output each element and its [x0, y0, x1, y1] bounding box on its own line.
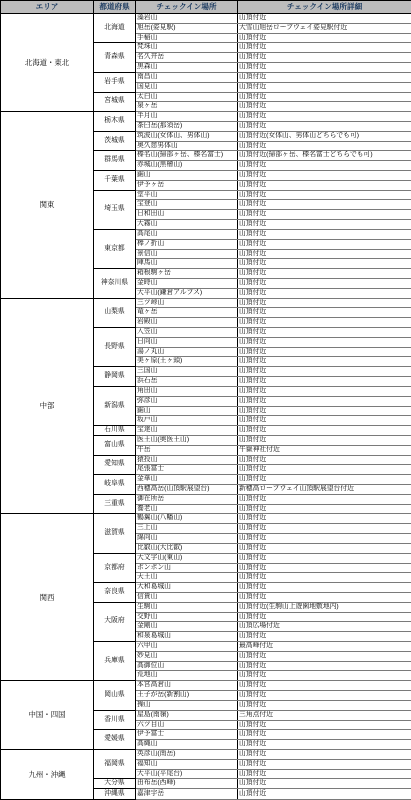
- prefecture-cell: 岡山県: [94, 681, 136, 710]
- place-cell: 陣馬山: [136, 259, 238, 269]
- place-cell: 伊予富士: [136, 730, 238, 740]
- detail-cell: 山頂付近: [238, 534, 411, 544]
- prefecture-cell: 兵庫県: [94, 642, 136, 681]
- place-cell: ポンポン山: [136, 563, 238, 573]
- place-cell: 黒森山: [136, 63, 238, 73]
- detail-cell: 山頂付近: [238, 318, 411, 328]
- detail-cell: 山頂付近: [238, 769, 411, 779]
- place-cell: 鋸山: [136, 171, 238, 181]
- table-row: 中国・四国岡山県本宮高倉山山頂付近: [1, 681, 411, 691]
- detail-cell: 山頂付近: [238, 259, 411, 269]
- place-cell: 交野山: [136, 612, 238, 622]
- place-cell: 鶴翼山(八幡山): [136, 514, 238, 524]
- detail-cell: 山頂付近: [238, 504, 411, 514]
- place-cell: 堂平山: [136, 190, 238, 200]
- prefecture-cell: 新潟県: [94, 386, 136, 425]
- prefecture-cell: 石川県: [94, 426, 136, 436]
- detail-cell: 山頂付近: [238, 269, 411, 279]
- detail-cell: 山頂付近: [238, 700, 411, 710]
- detail-cell: 山頂付近: [238, 72, 411, 82]
- detail-cell: 山頂付近: [238, 396, 411, 406]
- place-cell: 御在所岳: [136, 494, 238, 504]
- place-cell: 南昌山: [136, 72, 238, 82]
- detail-cell: 山頂付近: [238, 180, 411, 190]
- detail-cell: 山頂付近: [238, 435, 411, 445]
- area-cell: 関東: [1, 112, 94, 298]
- prefecture-cell: 岩手県: [94, 72, 136, 92]
- detail-cell: 大雪山旭岳ロープウェイ姿見駅付近: [238, 23, 411, 33]
- detail-cell: 山頂付近: [238, 141, 411, 151]
- detail-cell: 山頂付近: [238, 661, 411, 671]
- detail-cell: 山頂付近: [238, 671, 411, 681]
- place-cell: 榛名山(掃部ヶ岳、榛名富士): [136, 151, 238, 161]
- detail-cell: 山頂付近: [238, 367, 411, 377]
- detail-cell: 新穂高ロープウェイ山頂駅展望台付近: [238, 485, 411, 495]
- place-cell: 日向山: [136, 337, 238, 347]
- place-cell: 箱根駒ヶ岳: [136, 269, 238, 279]
- prefecture-cell: 大分県: [94, 779, 136, 789]
- place-cell: 荒地山: [136, 671, 238, 681]
- place-cell: 竜ヶ岳: [136, 308, 238, 318]
- place-cell: 綿向山: [136, 534, 238, 544]
- prefecture-cell: 岐阜県: [94, 475, 136, 495]
- detail-cell: 山頂付近: [238, 239, 411, 249]
- detail-cell: 山頂付近: [238, 288, 411, 298]
- detail-cell: 山頂付近: [238, 563, 411, 573]
- place-cell: 棒ノ折山: [136, 239, 238, 249]
- place-cell: 西穂高岳(山頂駅展望台): [136, 485, 238, 495]
- table-row: 関西滋賀県鶴翼山(八幡山)山頂付近: [1, 514, 411, 524]
- prefecture-cell: 群馬県: [94, 151, 136, 171]
- place-cell: 福知山: [136, 759, 238, 769]
- prefecture-cell: 愛媛県: [94, 730, 136, 750]
- area-cell: 北海道・東北: [1, 14, 94, 112]
- detail-cell: 山頂付近: [238, 612, 411, 622]
- detail-cell: 山頂付近: [238, 779, 411, 789]
- place-cell: 泉ヶ岳: [136, 102, 238, 112]
- area-cell: 中部: [1, 298, 94, 514]
- detail-cell: 山頂付近: [238, 426, 411, 436]
- place-cell: 妙見山: [136, 651, 238, 661]
- prefecture-cell: 沖縄県: [94, 789, 136, 800]
- detail-cell: 山頂付近(掃部ヶ岳、榛名富士どちらでも可): [238, 151, 411, 161]
- place-cell: 鋸山: [136, 406, 238, 416]
- detail-cell: 三角点付近: [238, 710, 411, 720]
- detail-cell: 山頂付近: [238, 475, 411, 485]
- place-cell: 英彦山(南岳): [136, 749, 238, 759]
- detail-cell: 山頂付近: [238, 298, 411, 308]
- place-cell: 三上山: [136, 524, 238, 534]
- detail-cell: 山頂付近: [238, 308, 411, 318]
- place-cell: 手稲山: [136, 33, 238, 43]
- header-checkin-place: チェックイン場所: [136, 1, 238, 14]
- prefecture-cell: 宮城県: [94, 92, 136, 112]
- prefecture-cell: 東京都: [94, 229, 136, 268]
- place-cell: 養老山: [136, 504, 238, 514]
- detail-cell: 山頂付近: [238, 14, 411, 24]
- detail-cell: 山頂広場付近: [238, 622, 411, 632]
- detail-cell: 山頂付近: [238, 53, 411, 63]
- detail-cell: 山頂付近: [238, 328, 411, 338]
- detail-cell: 山頂付近: [238, 573, 411, 583]
- place-cell: 比叡山(大比叡): [136, 543, 238, 553]
- place-cell: 嘉津宇岳: [136, 789, 238, 800]
- detail-cell: 山頂付近: [238, 92, 411, 102]
- place-cell: 弥彦山: [136, 396, 238, 406]
- place-cell: 由布岳(西峰): [136, 779, 238, 789]
- table-body: 北海道・東北北海道藻岩山山頂付近旭岳(姿見駅)大雪山旭岳ロープウェイ姿見駅付近手…: [1, 14, 411, 800]
- detail-cell: 山頂付近: [238, 190, 411, 200]
- place-cell: 浜石岳: [136, 377, 238, 387]
- detail-cell: 山頂付近: [238, 43, 411, 53]
- detail-cell: 山頂付近: [238, 337, 411, 347]
- place-cell: 坂戸山: [136, 416, 238, 426]
- detail-cell: 山頂付近: [238, 377, 411, 387]
- detail-cell: 山頂付近: [238, 406, 411, 416]
- detail-cell: 山頂付近: [238, 455, 411, 465]
- prefecture-cell: 埼玉県: [94, 190, 136, 229]
- place-cell: 奥久慈男体山: [136, 141, 238, 151]
- prefecture-cell: 大阪府: [94, 602, 136, 641]
- detail-cell: 山頂付近: [238, 220, 411, 230]
- area-cell: 九州・沖縄: [1, 749, 94, 799]
- table-row: 中部山梨県三ツ峠山山頂付近: [1, 298, 411, 308]
- detail-cell: 山頂付近: [238, 171, 411, 181]
- place-cell: 入笠山: [136, 328, 238, 338]
- place-cell: 赤城山(黒檜山): [136, 161, 238, 171]
- place-cell: 操山: [136, 700, 238, 710]
- detail-cell: 山頂付近: [238, 200, 411, 210]
- place-cell: 岩殿山: [136, 318, 238, 328]
- place-cell: 大平山(鎌倉アルプス): [136, 288, 238, 298]
- place-cell: 生駒山: [136, 602, 238, 612]
- prefecture-cell: 福岡県: [94, 749, 136, 778]
- place-cell: 金時山: [136, 278, 238, 288]
- detail-cell: 山頂付近: [238, 759, 411, 769]
- place-cell: 金華山: [136, 475, 238, 485]
- detail-cell: 山頂付近: [238, 524, 411, 534]
- detail-cell: 山頂付近: [238, 592, 411, 602]
- prefecture-cell: 愛知県: [94, 455, 136, 475]
- table-row: 関東栃木県半月山山頂付近: [1, 112, 411, 122]
- place-cell: 牛岳: [136, 445, 238, 455]
- detail-cell: 山頂付近: [238, 112, 411, 122]
- header-prefecture: 都道府県: [94, 1, 136, 14]
- prefecture-cell: 青森県: [94, 43, 136, 72]
- prefecture-cell: 長野県: [94, 328, 136, 367]
- place-cell: 三ツ峠山: [136, 298, 238, 308]
- header-checkin-place-detail: チェックイン場所詳細: [238, 1, 411, 14]
- place-cell: 大文字山(東山): [136, 553, 238, 563]
- detail-cell: 山頂付近: [238, 494, 411, 504]
- place-cell: 太白山: [136, 92, 238, 102]
- detail-cell: 山頂付近: [238, 749, 411, 759]
- place-cell: 景信山: [136, 249, 238, 259]
- place-cell: 屋島(南嶺): [136, 710, 238, 720]
- table-row: 北海道・東北北海道藻岩山山頂付近: [1, 14, 411, 24]
- place-cell: 半月山: [136, 112, 238, 122]
- place-cell: 医王山(奥医王山): [136, 435, 238, 445]
- place-cell: 美ヶ原(王ヶ頭): [136, 357, 238, 367]
- detail-cell: 山頂付近: [238, 357, 411, 367]
- prefecture-cell: 茨城県: [94, 131, 136, 151]
- detail-cell: 山頂付近: [238, 789, 411, 800]
- area-cell: 関西: [1, 514, 94, 681]
- prefecture-cell: 神奈川県: [94, 269, 136, 298]
- place-cell: 茶臼岳(那須岳): [136, 121, 238, 131]
- place-cell: 高縄山: [136, 740, 238, 750]
- place-cell: 猿投山: [136, 455, 238, 465]
- detail-cell: 山頂付近: [238, 210, 411, 220]
- header-area: エリア: [1, 1, 94, 14]
- place-cell: 高御位山: [136, 661, 238, 671]
- place-cell: 名久井岳: [136, 53, 238, 63]
- place-cell: 伊予ヶ岳: [136, 180, 238, 190]
- detail-cell: 山頂付近: [238, 465, 411, 475]
- detail-cell: 山頂付近: [238, 543, 411, 553]
- detail-cell: 山頂付近: [238, 691, 411, 701]
- place-cell: 三国山: [136, 367, 238, 377]
- detail-cell: 山頂付近: [238, 740, 411, 750]
- detail-cell: 最高峰付近: [238, 642, 411, 652]
- prefecture-cell: 京都府: [94, 553, 136, 582]
- detail-cell: 山頂付近: [238, 278, 411, 288]
- place-cell: 旭岳(姿見駅): [136, 23, 238, 33]
- place-cell: 宝達山: [136, 426, 238, 436]
- place-cell: 尾張富士: [136, 465, 238, 475]
- detail-cell: 山頂付近: [238, 82, 411, 92]
- detail-cell: 山頂付近: [238, 33, 411, 43]
- table-row: 九州・沖縄福岡県英彦山(南岳)山頂付近: [1, 749, 411, 759]
- prefecture-cell: 滋賀県: [94, 514, 136, 553]
- detail-cell: 山頂付近: [238, 229, 411, 239]
- detail-cell: 山頂付近: [238, 63, 411, 73]
- detail-cell: 山頂付近: [238, 553, 411, 563]
- place-cell: 金剛山: [136, 622, 238, 632]
- prefecture-cell: 栃木県: [94, 112, 136, 132]
- place-cell: 高尾山: [136, 229, 238, 239]
- detail-cell: 山頂付近: [238, 583, 411, 593]
- place-cell: 宝登山: [136, 200, 238, 210]
- prefecture-cell: 静岡県: [94, 367, 136, 387]
- detail-cell: 山頂付近: [238, 347, 411, 357]
- prefecture-cell: 香川県: [94, 710, 136, 730]
- place-cell: 大平山(平尾台): [136, 769, 238, 779]
- place-cell: 天王山: [136, 573, 238, 583]
- place-cell: 国見山: [136, 82, 238, 92]
- detail-cell: 山頂付近(生駒山上遊園地敷地内): [238, 602, 411, 612]
- prefecture-cell: 山梨県: [94, 298, 136, 327]
- header-row: エリア 都道府県 チェックイン場所 チェックイン場所詳細: [1, 1, 411, 14]
- place-cell: 藻岩山: [136, 14, 238, 24]
- area-cell: 中国・四国: [1, 681, 94, 750]
- detail-cell: 山頂付近: [238, 730, 411, 740]
- checkin-table: エリア 都道府県 チェックイン場所 チェックイン場所詳細 北海道・東北北海道藻岩…: [0, 0, 411, 800]
- detail-cell: 山頂付近: [238, 102, 411, 112]
- detail-cell: 山頂付近: [238, 681, 411, 691]
- detail-cell: 牛嶽神社付近: [238, 445, 411, 455]
- place-cell: 日和田山: [136, 210, 238, 220]
- detail-cell: 山頂付近: [238, 249, 411, 259]
- detail-cell: 山頂付近: [238, 161, 411, 171]
- prefecture-cell: 千葉県: [94, 171, 136, 191]
- prefecture-cell: 富山県: [94, 435, 136, 455]
- prefecture-cell: 三重県: [94, 494, 136, 514]
- place-cell: 和泉葛城山: [136, 632, 238, 642]
- place-cell: 角田山: [136, 386, 238, 396]
- place-cell: 筑波山(女体山、男体山): [136, 131, 238, 141]
- place-cell: 信貴山: [136, 592, 238, 602]
- place-cell: 王子が岳(新割山): [136, 691, 238, 701]
- place-cell: 六甲山: [136, 642, 238, 652]
- detail-cell: 山頂付近(女体山、男体山どちらでも可): [238, 131, 411, 141]
- place-cell: 本宮高倉山: [136, 681, 238, 691]
- detail-cell: 山頂付近: [238, 416, 411, 426]
- detail-cell: 山頂付近: [238, 632, 411, 642]
- detail-cell: 山頂付近: [238, 121, 411, 131]
- detail-cell: 山頂付近: [238, 720, 411, 730]
- place-cell: 大霧山: [136, 220, 238, 230]
- place-cell: 大和葛城山: [136, 583, 238, 593]
- detail-cell: 山頂付近: [238, 651, 411, 661]
- prefecture-cell: 北海道: [94, 14, 136, 43]
- detail-cell: 山頂付近: [238, 386, 411, 396]
- place-cell: 梵珠山: [136, 43, 238, 53]
- place-cell: 湯ノ丸山: [136, 347, 238, 357]
- prefecture-cell: 奈良県: [94, 583, 136, 603]
- place-cell: 六ツ目山: [136, 720, 238, 730]
- detail-cell: 山頂付近: [238, 514, 411, 524]
